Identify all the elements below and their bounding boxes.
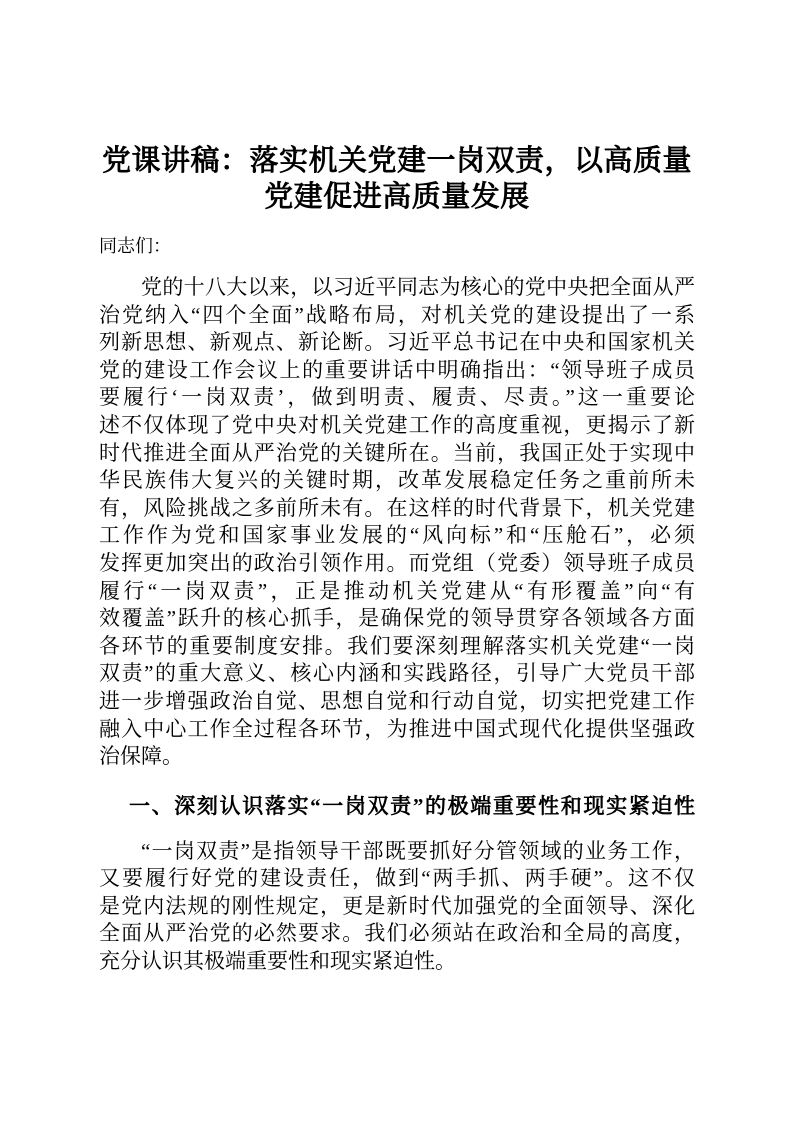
text-line: “一岗双责”是指领导干部既要抓好分管领域的业务工作， <box>99 838 695 866</box>
text-line: 列新思想、新观点、新论断。习近平总书记在中央和国家机关 <box>99 329 695 357</box>
paragraph-section-1: “一岗双责”是指领导干部既要抓好分管领域的业务工作，又要履行好党的建设责任，做到… <box>99 838 695 976</box>
text-line: 时代推进全面从严治党的关键所在。当前，我国正处于实现中 <box>99 440 695 468</box>
text-line: 进一步增强政治自觉、思想自觉和行动自觉，切实把党建工作 <box>99 688 695 716</box>
text-line: 履行“一岗双责”，正是推动机关党建从“有形覆盖”向“有 <box>99 578 695 606</box>
paragraph-opening: 党的十八大以来，以习近平同志为核心的党中央把全面从严治党纳入“四个全面”战略布局… <box>99 274 695 771</box>
text-line: 充分认识其极端重要性和现实紧迫性。 <box>99 948 695 976</box>
text-line: 发挥更加突出的政治引领作用。而党组（党委）领导班子成员 <box>99 550 695 578</box>
text-line: 效覆盖”跃升的核心抓手，是确保党的领导贯穿各领域各方面 <box>99 605 695 633</box>
document-title-line-2: 党建促进高质量发展 <box>99 179 695 215</box>
text-line: 要履行‘一岗双责’，做到明责、履责、尽责。”这一重要论 <box>99 384 695 412</box>
text-line: 又要履行好党的建设责任，做到“两手抓、两手硬”。这不仅 <box>99 865 695 893</box>
text-line: 双责”的重大意义、核心内涵和实践路径，引导广大党员干部 <box>99 660 695 688</box>
text-line: 党的十八大以来，以习近平同志为核心的党中央把全面从严 <box>99 274 695 302</box>
text-line: 有，风险挑战之多前所未有。在这样的时代背景下，机关党建 <box>99 495 695 523</box>
salutation: 同志们： <box>99 232 695 260</box>
text-line: 融入中心工作全过程各环节，为推进中国式现代化提供坚强政 <box>99 716 695 744</box>
text-line: 华民族伟大复兴的关键时期，改革发展稳定任务之重前所未 <box>99 467 695 495</box>
text-line: 治党纳入“四个全面”战略布局，对机关党的建设提出了一系 <box>99 302 695 330</box>
text-line: 全面从严治党的必然要求。我们必须站在政治和全局的高度， <box>99 920 695 948</box>
document-title: 党课讲稿：落实机关党建一岗双责，以高质量 党建促进高质量发展 <box>99 143 695 215</box>
section-1-heading: 一、深刻认识落实“一岗双责”的极端重要性和现实紧迫性 <box>99 792 695 820</box>
text-line: 述不仅体现了党中央对机关党建工作的高度重视，更揭示了新 <box>99 412 695 440</box>
text-line: 各环节的重要制度安排。我们要深刻理解落实机关党建“一岗 <box>99 633 695 661</box>
text-line: 治保障。 <box>99 743 695 771</box>
text-line: 是党内法规的刚性规定，更是新时代加强党的全面领导、深化 <box>99 893 695 921</box>
document-title-line-1: 党课讲稿：落实机关党建一岗双责，以高质量 <box>99 143 695 179</box>
text-line: 工作作为党和国家事业发展的“风向标”和“压舱石”，必须 <box>99 522 695 550</box>
document-page: 党课讲稿：落实机关党建一岗双责，以高质量 党建促进高质量发展 同志们： 党的十八… <box>0 0 793 1121</box>
text-line: 党的建设工作会议上的重要讲话中明确指出：“领导班子成员 <box>99 357 695 385</box>
